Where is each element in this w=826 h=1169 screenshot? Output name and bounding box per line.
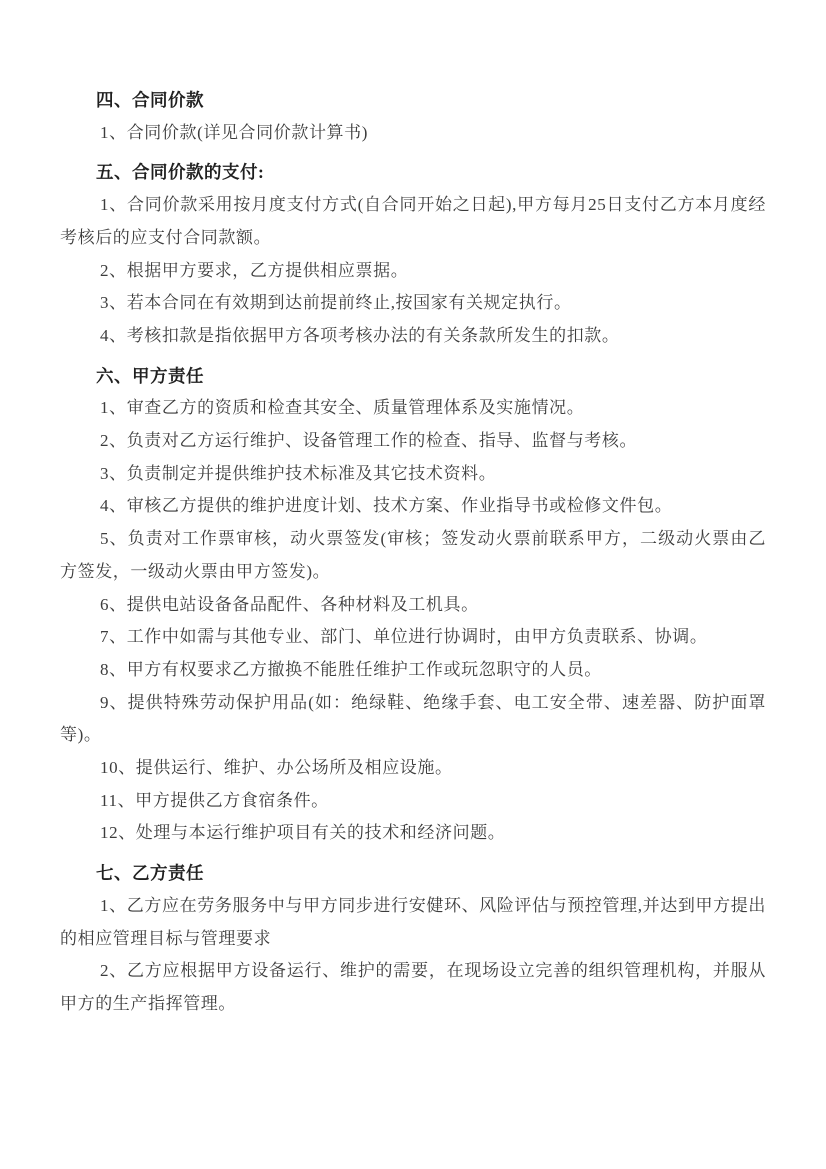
clause: 9、提供特殊劳动保护用品(如：绝绿鞋、绝缘手套、电工安全带、速差器、防护面罩等)…: [60, 687, 766, 752]
clause: 10、提供运行、维护、办公场所及相应设施。: [60, 752, 766, 785]
contract-body: 四、合同价款 1、合同价款(详见合同价款计算书) 五、合同价款的支付: 1、合同…: [60, 77, 766, 1021]
section-heading-party-b-responsibility: 七、乙方责任: [60, 857, 766, 890]
clause: 2、乙方应根据甲方设备运行、维护的需要，在现场设立完善的组织管理机构，并服从甲方…: [60, 955, 766, 1020]
clause: 5、负责对工作票审核，动火票签发(审核；签发动火票前联系甲方，二级动火票由乙方签…: [60, 523, 766, 588]
clause: 4、审核乙方提供的维护进度计划、技术方案、作业指导书或检修文件包。: [60, 490, 766, 523]
clause: 2、负责对乙方运行维护、设备管理工作的检查、指导、监督与考核。: [60, 425, 766, 458]
section-heading-party-a-responsibility: 六、甲方责任: [60, 360, 766, 393]
clause: 6、提供电站设备备品配件、各种材料及工机具。: [60, 589, 766, 622]
document-page: 四、合同价款 1、合同价款(详见合同价款计算书) 五、合同价款的支付: 1、合同…: [0, 0, 826, 1169]
clause: 1、合同价款(详见合同价款计算书): [60, 117, 766, 150]
clause: 8、甲方有权要求乙方撤换不能胜任维护工作或玩忽职守的人员。: [60, 654, 766, 687]
clause: 12、处理与本运行维护项目有关的技术和经济问题。: [60, 817, 766, 850]
section-heading-contract-price: 四、合同价款: [60, 84, 766, 117]
section-heading-payment: 五、合同价款的支付:: [60, 156, 766, 189]
clause: 1、审查乙方的资质和检查其安全、质量管理体系及实施情况。: [60, 392, 766, 425]
clause: 4、考核扣款是指依据甲方各项考核办法的有关条款所发生的扣款。: [60, 320, 766, 353]
clause: 1、合同价款采用按月度支付方式(自合同开始之日起),甲方每月25日支付乙方本月度…: [60, 189, 766, 254]
clause: 3、若本合同在有效期到达前提前终止,按国家有关规定执行。: [60, 287, 766, 320]
clause: 7、工作中如需与其他专业、部门、单位进行协调时，由甲方负责联系、协调。: [60, 621, 766, 654]
clause: 11、甲方提供乙方食宿条件。: [60, 785, 766, 818]
clause: 1、乙方应在劳务服务中与甲方同步进行安健环、风险评估与预控管理,并达到甲方提出的…: [60, 890, 766, 955]
clause: 2、根据甲方要求，乙方提供相应票据。: [60, 255, 766, 288]
clause: 3、负责制定并提供维护技术标准及其它技术资料。: [60, 458, 766, 491]
